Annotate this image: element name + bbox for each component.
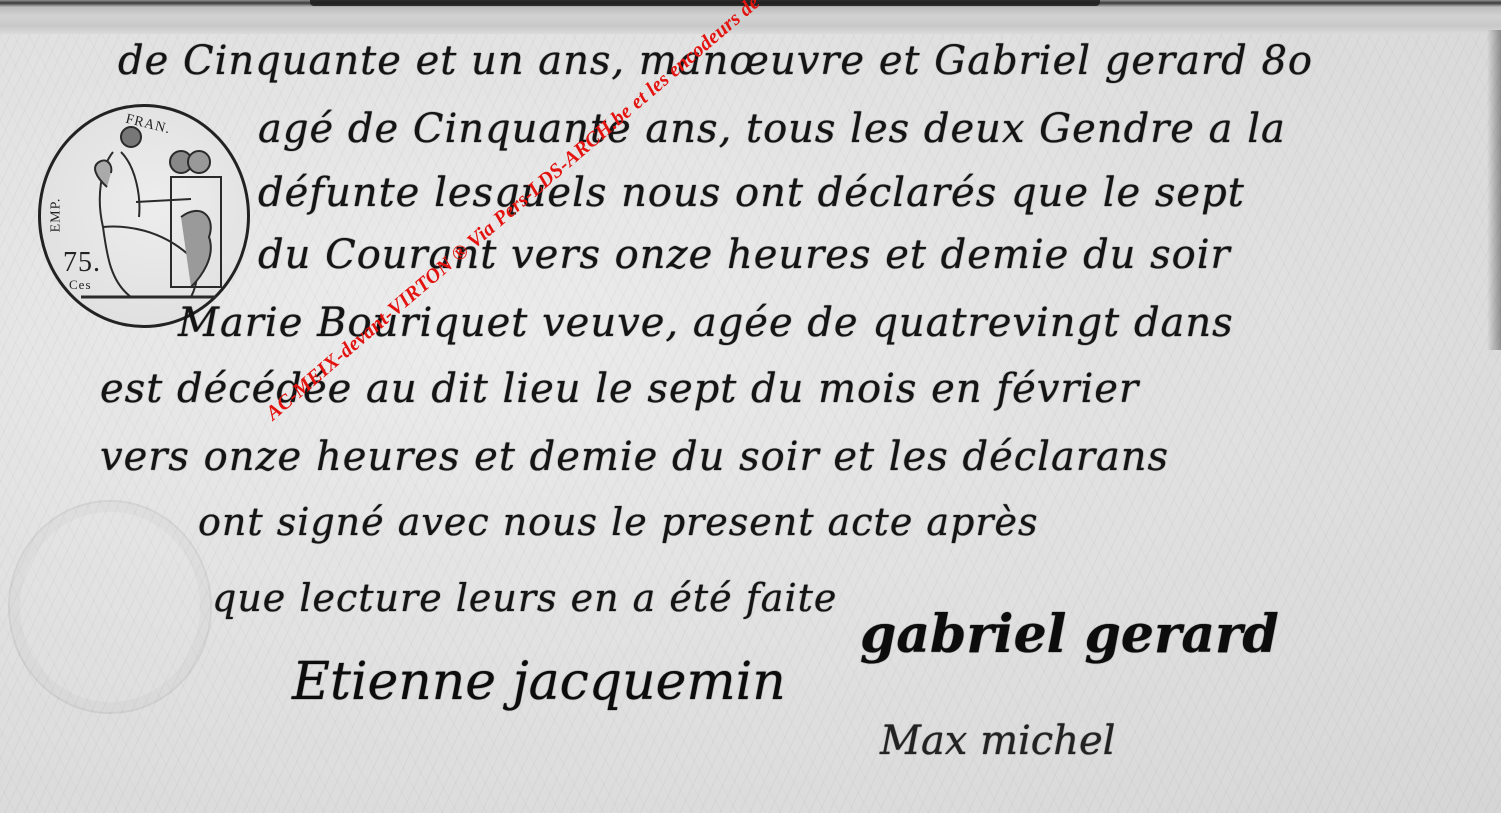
signature-max-michel: Max michel <box>880 718 1115 764</box>
signature-gabriel-gerard: gabriel gerard <box>860 604 1279 665</box>
stamp-side-text: EMP. <box>48 198 64 233</box>
stamp-value: 75. <box>63 247 101 279</box>
text-line-5: Marie Bouriquet veuve, agée de quatrevin… <box>178 300 1234 346</box>
tax-stamp: FRAN. EMP. 75. Ces <box>38 104 250 328</box>
document-scan: FRAN. EMP. 75. Ces de Cinquante et un an… <box>0 0 1501 813</box>
stamp-unit: Ces <box>69 277 92 293</box>
text-line-3: défunte lesquels nous ont déclarés que l… <box>258 170 1245 216</box>
text-line-8: ont signé avec nous le present acte aprè… <box>198 500 1039 544</box>
faded-seal-imprint <box>8 500 212 714</box>
page-edge-shadow <box>1487 30 1501 350</box>
signature-etienne-jacquemin: Etienne jacquemin <box>292 652 786 712</box>
text-line-6: est décédée au dit lieu le sept du mois … <box>100 366 1139 412</box>
text-line-7: vers onze heures et demie du soir et les… <box>100 434 1169 480</box>
page-fold-shadow <box>310 0 1100 6</box>
text-line-4: du Courant vers onze heures et demie du … <box>258 232 1231 278</box>
text-line-2: agé de Cinquante ans, tous les deux Gend… <box>258 106 1286 152</box>
text-line-9: que lecture leurs en a été faite <box>212 576 837 620</box>
